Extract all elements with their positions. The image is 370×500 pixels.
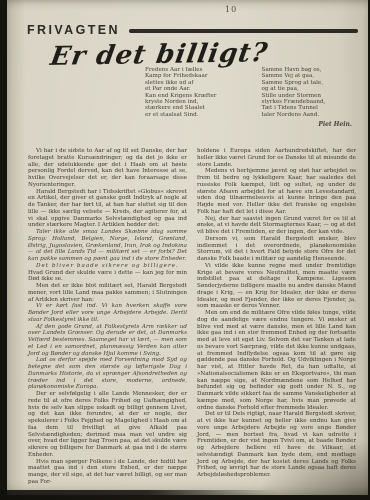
paragraph: Medens vi herhjemme jævnt og støt har ar… [197,168,356,215]
masthead-title: FRIVAGTEN [27,23,120,37]
quote-paragraph: Lad os derfor spejde med Forventning mod… [28,357,187,391]
paragraph: Men om end de militære Ofre vilde føles … [197,310,356,411]
quote-paragraph: Af den gode Grund, at Folkestyrets Arm r… [28,324,187,358]
paragraph: Der er selvfølgelig i alle Lande Mennesk… [28,391,187,459]
magazine-page: 10 FRIVAGTEN Er det billigt? Fredens Aar… [7,0,368,495]
article-left-column: Vi har i de sidste to Aar af og til set … [28,148,187,486]
poem: Fredens Aar i fælles Kamp for Frihedskaa… [145,67,354,129]
quote-paragraph: Vi er kørt fast ind. Vi kan hverken skaf… [28,303,187,323]
paragraph: Vi har i de sidste to Aar af og til set … [28,148,187,189]
quote-paragraph: Taler ikke alle smaa Landes Skæbne idag … [28,229,187,263]
masthead-rule [129,29,358,33]
poem-line: taler Nordens Aand. [262,112,355,118]
paragraph: Hvad Grund der skulde være i dette — kan… [28,270,187,284]
page-photo: 10 FRIVAGTEN Er det billigt? Fredens Aar… [0,0,370,500]
poem-left-column: Fredens Aar i fælles Kamp for Frihedskaa… [145,67,238,129]
page-corner-shadow [248,435,368,495]
paragraph: Nej, der har saavist ingen Grund været f… [197,216,356,236]
page-number: 10 [225,5,237,14]
quote-emphasis-line: Det bliver baade sikrere og billigere. [28,263,187,270]
paragraph: Men det er ikke blot militært set, Haral… [28,283,187,303]
poem-signature: Piet Hein. [262,122,355,128]
photo-bottom-edge [0,490,370,500]
masthead: FRIVAGTEN [27,23,358,37]
paragraph: Harald Bergstedt har i Tidsskriftet »Glo… [28,189,187,230]
paragraph: Hvis man spørger Folkene i de Lande, der… [28,459,187,486]
poem-line: er et staalsat Sind. [145,112,238,118]
poem-right-column: Samme Havn bag os, Samme Vej at gaa, Sam… [262,67,355,129]
paragraph: Dersom vi, som Harald Bergstedt ønsker, … [197,236,356,263]
paragraph: Vi vilde ikke kunne regne med under frem… [197,263,356,310]
paragraph: holdene i Europa siden Aarhundredskiftet… [197,148,356,168]
